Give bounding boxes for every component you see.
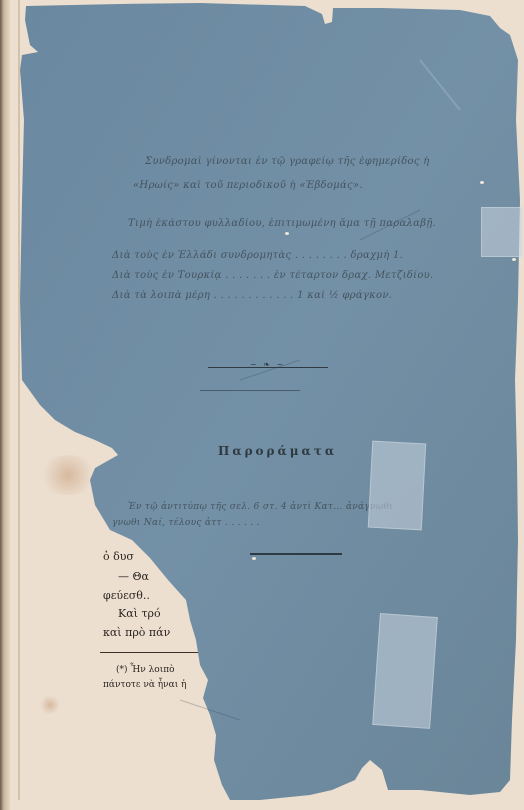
paper-tear [512, 258, 516, 261]
crease-line [200, 390, 300, 391]
price-heading: Τιμὴ ἑκάστου φυλλαδίου, ἐπιτιμωμένη ἅμα … [128, 218, 436, 229]
subscription-notice-line: Συνδρομαὶ γίνονται ἐν τῷ γραφείῳ τῆς ἐφη… [145, 156, 430, 167]
tape-strip [481, 207, 523, 257]
torn-blue-cover [0, 0, 524, 810]
tape-strip [368, 441, 426, 531]
price-line-turkey: Διὰ τοὺς ἐν Τουρκίᾳ . . . . . . . ἐν τέτ… [112, 270, 434, 281]
paper-tear [252, 557, 256, 560]
errata-line: Ἐν τῷ ἀντιτύπῳ τῆς σελ. 6 στ. 4 ἀντὶ Κατ… [128, 502, 393, 512]
errata-line: γνωθι Ναί, τέλους ἀττ . . . . . . [112, 518, 260, 528]
price-line-other: Διὰ τὰ λοιπὰ μέρη . . . . . . . . . . . … [112, 290, 392, 301]
tape-strip [372, 613, 438, 729]
paper-tear [285, 232, 289, 235]
scanned-page: σα ὁ δυσ — Θα φεύεσθ.. Καὶ τρό καὶ πρὸ π… [0, 0, 524, 810]
subscription-notice-line: «Ηρωίς» καὶ τοῦ περιοδικοῦ ἡ «Ἑβδομάς». [133, 180, 363, 191]
closing-rule [250, 553, 342, 555]
errata-heading: Παροράματα [218, 444, 337, 458]
price-line-greece: Διὰ τοὺς ἐν Ἑλλάδι συνδρομητὰς . . . . .… [112, 250, 403, 261]
paper-tear [480, 181, 484, 184]
ornament: ~ ❧ ~ [250, 360, 285, 369]
